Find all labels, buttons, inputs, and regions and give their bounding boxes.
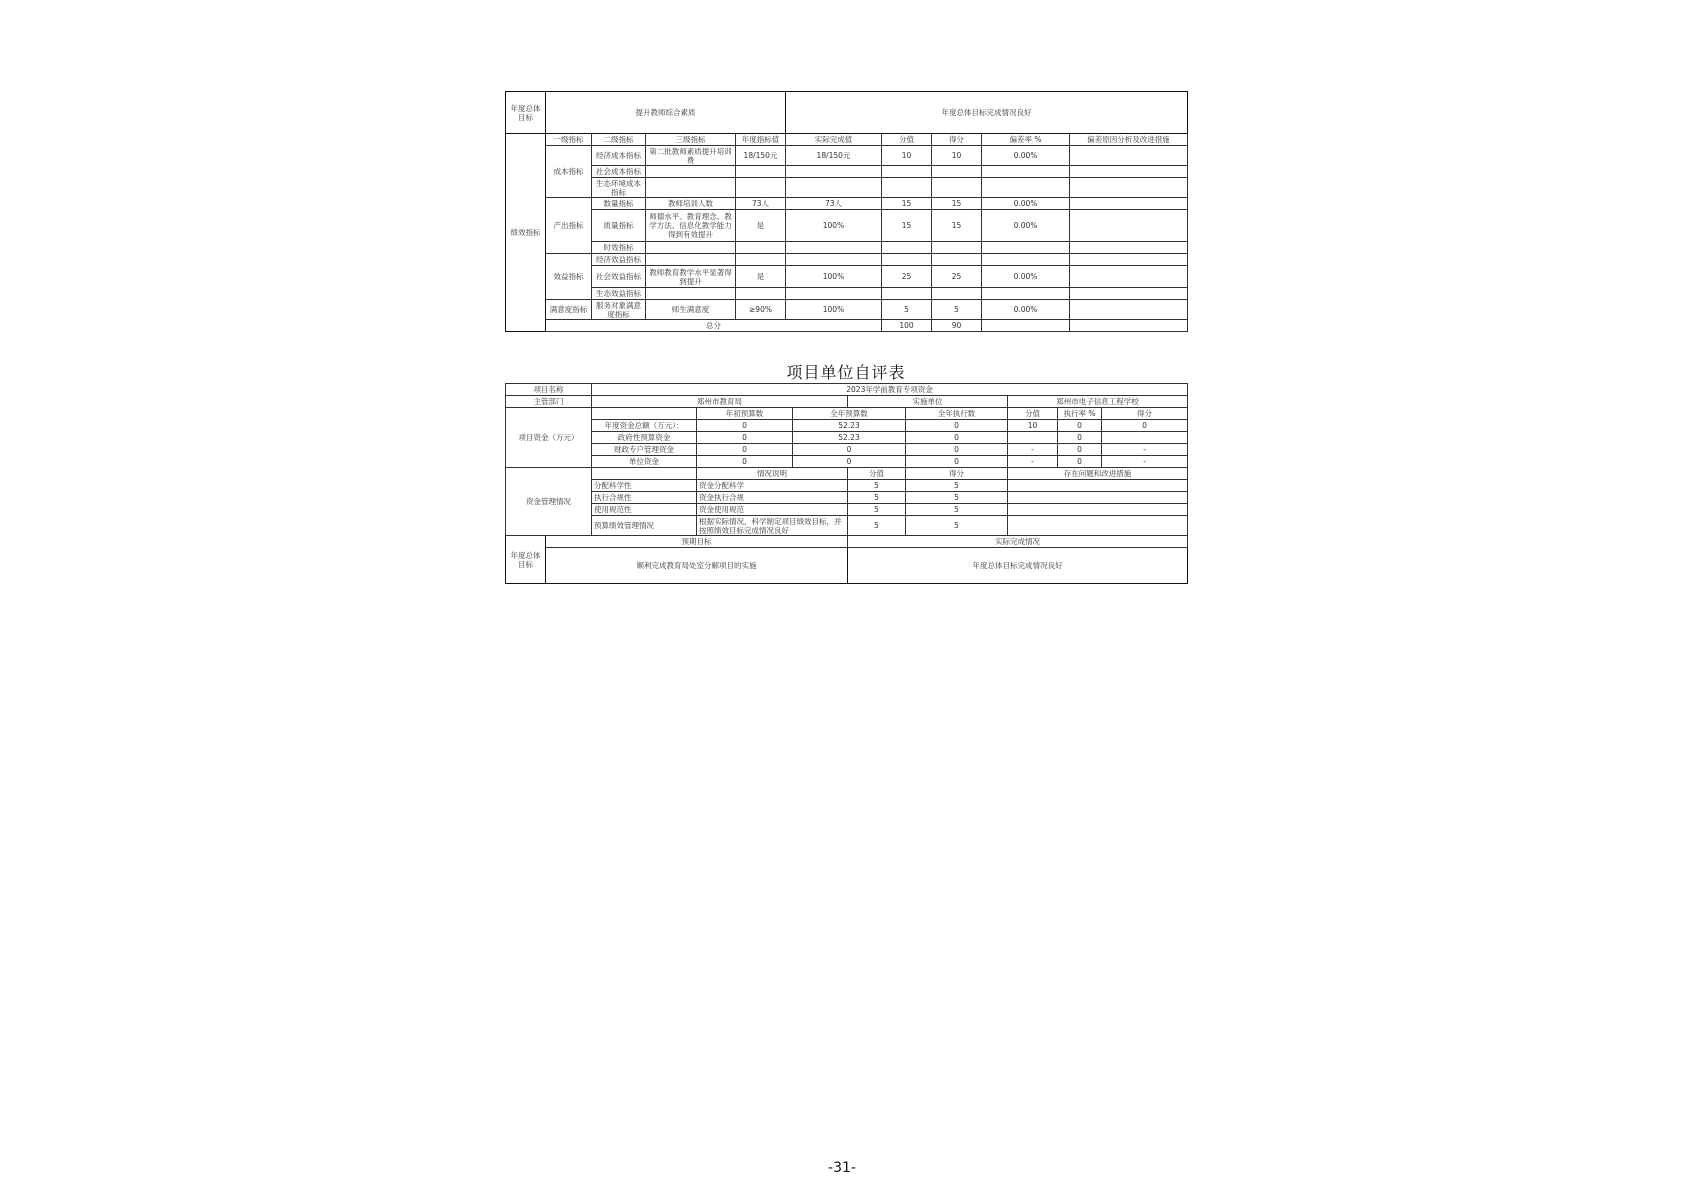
mgmt-value: 5 bbox=[848, 516, 906, 536]
fund-label: 财政专户管理资金 bbox=[592, 444, 697, 456]
fund-exec: 0 bbox=[906, 420, 1008, 432]
table-row: 产出指标 数量指标 教师培训人数 73人 73人 15 15 0.00% bbox=[506, 198, 1188, 210]
performance-indicator-table: 年度总体目标 提升教师综合素质 年度总体目标完成情况良好 绩效指标 一级指标 二… bbox=[505, 91, 1188, 332]
l2-cell: 经济成本指标 bbox=[592, 146, 646, 166]
cost-label: 成本指标 bbox=[546, 146, 592, 198]
impl: 郑州市电子信息工程学校 bbox=[1008, 396, 1188, 408]
total-score: 90 bbox=[932, 320, 982, 332]
fund-rate: 0 bbox=[1058, 444, 1102, 456]
header-cell: 一级指标 bbox=[546, 134, 592, 146]
actual-cell: 100% bbox=[786, 300, 882, 320]
header-cell: 情况说明 bbox=[697, 468, 848, 480]
fund-value: - bbox=[1008, 444, 1058, 456]
dept-label: 主管部门 bbox=[506, 396, 592, 408]
fund-init: 0 bbox=[697, 456, 793, 468]
l3-cell: 第二批教师素质提升培训费 bbox=[646, 146, 736, 166]
l2-cell: 生态效益指标 bbox=[592, 288, 646, 300]
mgmt-value: 5 bbox=[848, 492, 906, 504]
mgmt-value: 5 bbox=[848, 504, 906, 516]
fund-init: 0 bbox=[697, 420, 793, 432]
planned-label: 预期目标 bbox=[546, 536, 848, 548]
l2-cell: 时效指标 bbox=[592, 242, 646, 254]
table-row: 单位资金 0 0 0 - 0 - bbox=[506, 456, 1188, 468]
value-cell: 25 bbox=[882, 266, 932, 288]
header-cell: 三级指标 bbox=[646, 134, 736, 146]
deviation-cell: 0.00% bbox=[982, 210, 1070, 242]
fund-init: 0 bbox=[697, 432, 793, 444]
fund-exec: 0 bbox=[906, 432, 1008, 444]
mgmt-desc: 根据实际情况，科学制定项目绩效目标，并按照绩效目标完成情况良好 bbox=[697, 516, 848, 536]
output-label: 产出指标 bbox=[546, 198, 592, 254]
funds-label: 项目资金（万元） bbox=[506, 408, 592, 468]
target-cell: 18/150元 bbox=[736, 146, 786, 166]
mgmt-desc: 资金使用规范 bbox=[697, 504, 848, 516]
fund-full: 52.23 bbox=[793, 420, 906, 432]
fund-label: 单位资金 bbox=[592, 456, 697, 468]
header-cell: 执行率 % bbox=[1058, 408, 1102, 420]
mgmt-item: 预算绩效管理情况 bbox=[592, 516, 697, 536]
table-row: 社会效益指标 教师教育教学水平显著得到提升 是 100% 25 25 0.00% bbox=[506, 266, 1188, 288]
header-cell: 分值 bbox=[848, 468, 906, 480]
value-cell: 10 bbox=[882, 146, 932, 166]
page-number: -31- bbox=[0, 1160, 1684, 1176]
table-row: 财政专户管理资金 0 0 0 - 0 - bbox=[506, 444, 1188, 456]
score-cell: 5 bbox=[932, 300, 982, 320]
planned-goal: 顺利完成教育局处室分解项目的实施 bbox=[546, 548, 848, 584]
annual-goal-label: 年度总体目标 bbox=[506, 92, 546, 134]
fund-score: - bbox=[1102, 444, 1188, 456]
deviation-cell: 0.00% bbox=[982, 198, 1070, 210]
target-cell: 是 bbox=[736, 266, 786, 288]
header-cell: 全年预算数 bbox=[793, 408, 906, 420]
fund-rate: 0 bbox=[1058, 432, 1102, 444]
header-cell: 得分 bbox=[906, 468, 1008, 480]
mgmt-desc: 资金分配科学 bbox=[697, 480, 848, 492]
header-cell: 二级指标 bbox=[592, 134, 646, 146]
header-cell: 全年执行数 bbox=[906, 408, 1008, 420]
l2-cell: 社会效益指标 bbox=[592, 266, 646, 288]
page-title: 项目单位自评表 bbox=[505, 360, 1187, 383]
mgmt-value: 5 bbox=[848, 480, 906, 492]
reason-cell bbox=[1070, 146, 1188, 166]
header-cell: 分值 bbox=[1008, 408, 1058, 420]
fund-label: 年度资金总额（万元）： bbox=[592, 420, 697, 432]
target-cell: ≥90% bbox=[736, 300, 786, 320]
l2-cell: 社会成本指标 bbox=[592, 166, 646, 178]
target-cell: 是 bbox=[736, 210, 786, 242]
actual-status: 年度总体目标完成情况良好 bbox=[786, 92, 1188, 134]
fund-score bbox=[1102, 432, 1188, 444]
actual-label: 实际完成情况 bbox=[848, 536, 1188, 548]
deviation-cell: 0.00% bbox=[982, 146, 1070, 166]
fund-value: 10 bbox=[1008, 420, 1058, 432]
table-row: 成本指标 经济成本指标 第二批教师素质提升培训费 18/150元 18/150元… bbox=[506, 146, 1188, 166]
deviation-cell: 0.00% bbox=[982, 300, 1070, 320]
l2-cell: 服务对象满意度指标 bbox=[592, 300, 646, 320]
value-cell: 15 bbox=[882, 210, 932, 242]
fund-full: 0 bbox=[793, 456, 906, 468]
fund-score: - bbox=[1102, 456, 1188, 468]
project-name: 2023年学前教育专项资金 bbox=[592, 384, 1188, 396]
self-evaluation-table: 项目名称 2023年学前教育专项资金 主管部门 郑州市教育局 实施单位 郑州市电… bbox=[505, 383, 1188, 584]
table-row: 时效指标 bbox=[506, 242, 1188, 254]
total-row: 总分 100 90 bbox=[506, 320, 1188, 332]
mgmt-label: 资金管理情况 bbox=[506, 468, 592, 536]
actual-cell: 100% bbox=[786, 210, 882, 242]
mgmt-score: 5 bbox=[906, 480, 1008, 492]
header-cell: 年度指标值 bbox=[736, 134, 786, 146]
l2-cell: 质量指标 bbox=[592, 210, 646, 242]
mgmt-score: 5 bbox=[906, 492, 1008, 504]
score-cell: 25 bbox=[932, 266, 982, 288]
benefit-label: 效益指标 bbox=[546, 254, 592, 300]
annual-goal-label: 年度总体目标 bbox=[506, 536, 546, 584]
table-row: 生态环境成本指标 bbox=[506, 178, 1188, 198]
dept: 郑州市教育局 bbox=[592, 396, 848, 408]
header-cell: 得分 bbox=[1102, 408, 1188, 420]
fund-rate: 0 bbox=[1058, 456, 1102, 468]
fund-value: - bbox=[1008, 456, 1058, 468]
table-row: 社会成本指标 bbox=[506, 166, 1188, 178]
fund-rate: 0 bbox=[1058, 420, 1102, 432]
mgmt-score: 5 bbox=[906, 504, 1008, 516]
fund-full: 0 bbox=[793, 444, 906, 456]
header-cell: 得分 bbox=[932, 134, 982, 146]
mgmt-item: 执行合规性 bbox=[592, 492, 697, 504]
value-cell: 5 bbox=[882, 300, 932, 320]
mgmt-item: 分配科学性 bbox=[592, 480, 697, 492]
table-row: 生态效益指标 bbox=[506, 288, 1188, 300]
l3-cell: 师德水平、教育理念、教学方法、信息化教学能力得到有效提升 bbox=[646, 210, 736, 242]
mgmt-desc: 资金执行合规 bbox=[697, 492, 848, 504]
actual-status: 年度总体目标完成情况良好 bbox=[848, 548, 1188, 584]
score-cell: 15 bbox=[932, 198, 982, 210]
table-row: 预算绩效管理情况 根据实际情况，科学制定项目绩效目标，并按照绩效目标完成情况良好… bbox=[506, 516, 1188, 536]
mgmt-score: 5 bbox=[906, 516, 1008, 536]
actual-cell: 73人 bbox=[786, 198, 882, 210]
project-name-label: 项目名称 bbox=[506, 384, 592, 396]
table-row: 效益指标 经济效益指标 bbox=[506, 254, 1188, 266]
table-row: 执行合规性 资金执行合规 5 5 bbox=[506, 492, 1188, 504]
l3-cell: 教师培训人数 bbox=[646, 198, 736, 210]
table-row: 质量指标 师德水平、教育理念、教学方法、信息化教学能力得到有效提升 是 100%… bbox=[506, 210, 1188, 242]
table-row: 满意度指标 服务对象满意度指标 师生满意度 ≥90% 100% 5 5 0.00… bbox=[506, 300, 1188, 320]
target-cell: 73人 bbox=[736, 198, 786, 210]
mgmt-item: 使用规范性 bbox=[592, 504, 697, 516]
header-cell: 存在问题和改进措施 bbox=[1008, 468, 1188, 480]
table-row: 年度资金总额（万元）： 0 52.23 0 10 0 0 bbox=[506, 420, 1188, 432]
perf-label: 绩效指标 bbox=[506, 134, 546, 332]
l3-cell: 师生满意度 bbox=[646, 300, 736, 320]
l2-cell: 生态环境成本指标 bbox=[592, 178, 646, 198]
fund-full: 52.23 bbox=[793, 432, 906, 444]
fund-init: 0 bbox=[697, 444, 793, 456]
total-label: 总分 bbox=[546, 320, 882, 332]
deviation-cell: 0.00% bbox=[982, 266, 1070, 288]
fund-score: 0 bbox=[1102, 420, 1188, 432]
header-cell: 实际完成值 bbox=[786, 134, 882, 146]
fund-exec: 0 bbox=[906, 456, 1008, 468]
table-row: 使用规范性 资金使用规范 5 5 bbox=[506, 504, 1188, 516]
score-cell: 15 bbox=[932, 210, 982, 242]
l3-cell: 教师教育教学水平显著得到提升 bbox=[646, 266, 736, 288]
header-cell: 偏差原因分析及改进措施 bbox=[1070, 134, 1188, 146]
total-value: 100 bbox=[882, 320, 932, 332]
header-cell: 分值 bbox=[882, 134, 932, 146]
impl-label: 实施单位 bbox=[848, 396, 1008, 408]
planned-goal: 提升教师综合素质 bbox=[546, 92, 786, 134]
score-cell: 10 bbox=[932, 146, 982, 166]
value-cell: 15 bbox=[882, 198, 932, 210]
actual-cell: 100% bbox=[786, 266, 882, 288]
fund-exec: 0 bbox=[906, 444, 1008, 456]
header-cell: 偏差率 % bbox=[982, 134, 1070, 146]
l2-cell: 经济效益指标 bbox=[592, 254, 646, 266]
header-cell: 年初预算数 bbox=[697, 408, 793, 420]
actual-cell: 18/150元 bbox=[786, 146, 882, 166]
table-row: 分配科学性 资金分配科学 5 5 bbox=[506, 480, 1188, 492]
satisfaction-label: 满意度指标 bbox=[546, 300, 592, 320]
table-row: 政府性预算资金 0 52.23 0 0 bbox=[506, 432, 1188, 444]
fund-value bbox=[1008, 432, 1058, 444]
l2-cell: 数量指标 bbox=[592, 198, 646, 210]
fund-label: 政府性预算资金 bbox=[592, 432, 697, 444]
